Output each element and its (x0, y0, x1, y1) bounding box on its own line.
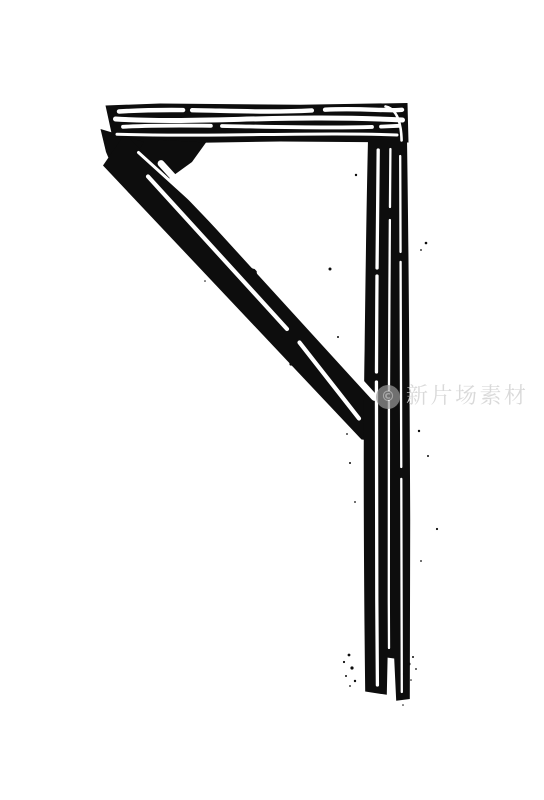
vertical-post (364, 140, 410, 701)
stock-image-canvas: © 新片场素材 (0, 0, 544, 800)
bracket-engraving-svg (0, 0, 544, 800)
